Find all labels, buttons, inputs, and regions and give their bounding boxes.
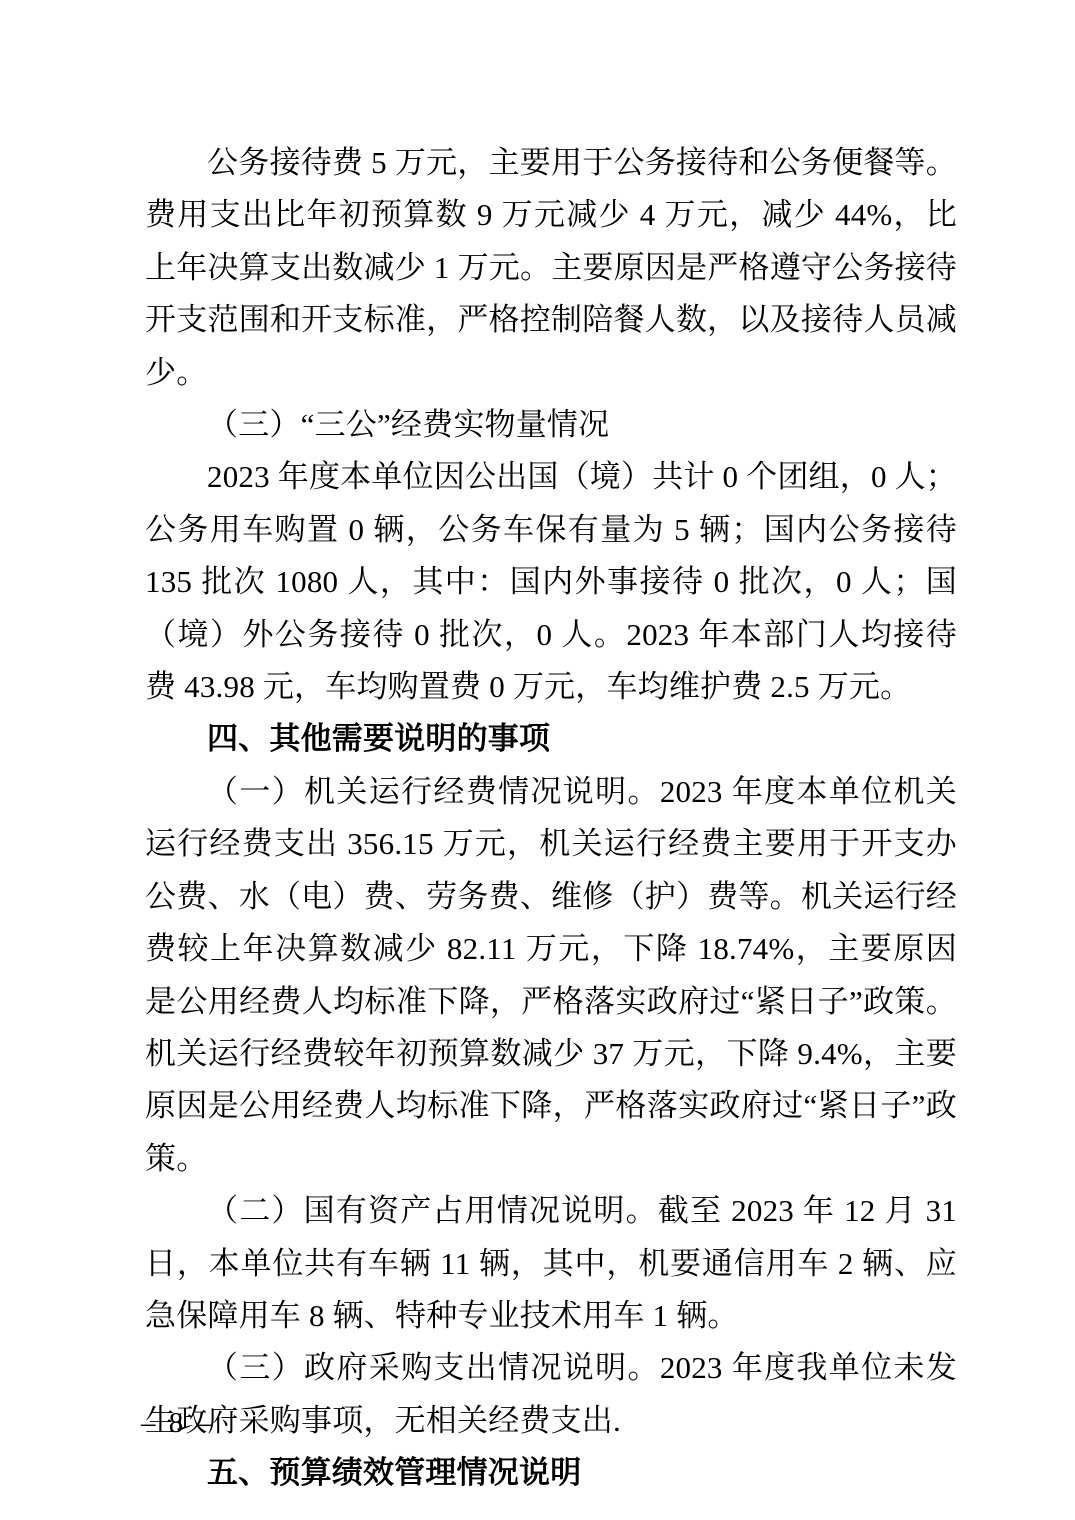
heading-budget-performance: 五、预算绩效管理情况说明 xyxy=(145,1447,957,1499)
heading-other-matters: 四、其他需要说明的事项 xyxy=(145,713,957,765)
subheading-three-public-physical-quantity: （三）“三公”经费实物量情况 xyxy=(145,399,957,451)
para-agency-operating-funds: （一）机关运行经费情况说明。2023 年度本单位机关运行经费支出 356.15 … xyxy=(145,766,957,1185)
para-state-owned-assets: （二）国有资产占用情况说明。截至 2023 年 12 月 31 日，本单位共有车… xyxy=(145,1185,957,1342)
document-page: 公务接待费 5 万元，主要用于公务接待和公务便餐等。费用支出比年初预算数 9 万… xyxy=(0,0,1075,1520)
para-three-public-statistics: 2023 年度本单位因公出国（境）共计 0 个团组，0 人；公务用车购置 0 辆… xyxy=(145,451,957,713)
page-number: – 8 – xyxy=(141,1407,214,1440)
para-government-procurement: （三）政府采购支出情况说明。2023 年度我单位未发生政府采购事项，无相关经费支… xyxy=(145,1342,957,1447)
para-official-reception-expense: 公务接待费 5 万元，主要用于公务接待和公务便餐等。费用支出比年初预算数 9 万… xyxy=(145,137,957,399)
document-body: 公务接待费 5 万元，主要用于公务接待和公务便餐等。费用支出比年初预算数 9 万… xyxy=(145,137,957,1500)
